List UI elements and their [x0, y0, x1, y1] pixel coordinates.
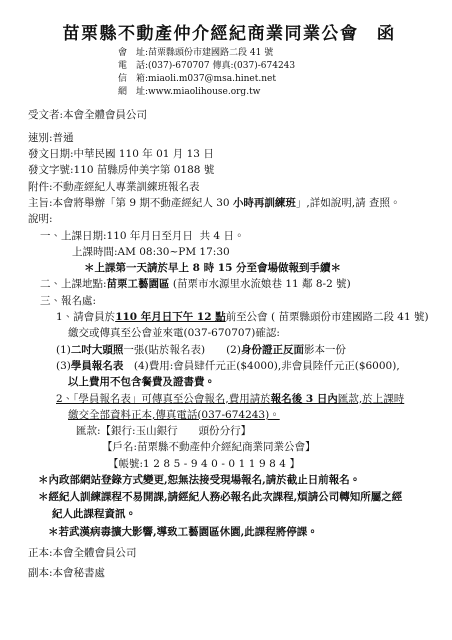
subject-line: 主旨:本會將舉辦「第 9 期不動產經紀人 30 小時再訓練班」,詳如說明,請 查… [28, 195, 430, 211]
subject-text-pre: 主旨:本會將舉辦「第 9 期不動產經紀人 30 [28, 197, 233, 209]
req2-rest: 影本一份 [304, 344, 346, 356]
registration-method-1-line2: 繳交或傳真至公會並來電(037-670707)確認: [28, 325, 430, 341]
subject-course-name: 小時再訓練班 [233, 197, 296, 209]
reg1-deadline: 110 年月日下午 12 點 [115, 311, 226, 323]
checkin-notice-line: ＊上課第一天請於早上 8 時 15 分至會場做報到手續＊ [28, 260, 430, 276]
reg2-line2-underlined: 繳交全部資料正本,傳真電話(037-674243)。 [68, 409, 280, 421]
requirements-line-2: (3)學員報名表 (4)費用:會員肆仟元正($4000),非會員陸仟元正($60… [28, 358, 430, 374]
class-time-line: 上課時間:AM 08:30~PM 17:30 [28, 244, 430, 260]
req3-form: 學員報名表 [71, 360, 124, 372]
account-number-close: 】 [290, 458, 301, 470]
req2-number: (2) [226, 344, 241, 356]
req1-photo: 二吋大頭照 [71, 344, 124, 356]
req1-rest: 一張(貼於報名表) [123, 344, 226, 356]
official-letter-document: 苗栗縣不動產仲介經紀商業同業公會 函 會 址:苗栗縣頭份市建國路二段 41 號 … [0, 0, 452, 640]
document-title: 苗栗縣不動產仲介經紀商業同業公會 函 [28, 26, 430, 42]
req1-number: (1) [56, 344, 71, 356]
association-contact-block: 會 址:苗栗縣頭份市建國路二段 41 號 電 話:(037)-670707 傳真… [28, 47, 430, 98]
remittance-account-name-line: 【戶名:苗栗縣不動產仲介經紀商業同業公會】 [28, 439, 430, 455]
note-course-availability-line1: ＊經紀人訓練課程不易開課,請經紀人務必報名此次課程,煩請公司轉知所屬之經 [28, 489, 430, 506]
location-label: 二、上課地點: [40, 278, 107, 290]
req3-gap [123, 360, 134, 372]
account-number-label: 【帳號: [108, 458, 143, 470]
attachment-line: 附件:不動產經紀人專業訓練班報名表 [28, 179, 430, 195]
remittance-account-number-line: 【帳號:1285-940-011984】 [28, 456, 430, 472]
subject-text-post: 」,詳如說明,請 查照。 [296, 197, 401, 209]
contact-website: 網 址:www.miaolihouse.org.tw [118, 86, 430, 99]
req3-number: (3) [56, 360, 71, 372]
note-course-availability-line2: 紀人此課程資訊。 [28, 506, 430, 523]
account-number-value: 1285-940-011984 [143, 458, 289, 470]
req4-fee: (4)費用:會員肆仟元正($4000),非會員陸仟元正($6000), [134, 360, 400, 372]
location-address: (苗栗市水源里水流娘巷 11 鄰 8-2 號) [170, 278, 351, 290]
registration-method-1-line1: 1、請會員於110 年月日下午 12 點前至公會 ( 苗栗縣頭份市建國路二段 4… [28, 309, 430, 325]
registration-method-2-line2: 繳交全部資料正本,傳真電話(037-674243)。 [28, 407, 430, 423]
requirements-line-1: (1)二吋大頭照一張(貼於報名表) (2)身份證正反面影本一份 [28, 342, 430, 358]
reg2-text-post: 匯款,於上課時 [338, 393, 404, 405]
issue-date-line: 發文日期:中華民國 110 年 01 月 13 日 [28, 146, 430, 162]
reg2-payment-deadline: 報名後 3 日內 [271, 393, 338, 405]
registration-section-label: 三、報名處: [28, 293, 430, 309]
registration-method-2-line1: 2、「學員報名表」可傳真至公會報名,費用請於報名後 3 日內匯款,於上課時 [28, 391, 430, 407]
reg1-text-pre: 1、請會員於 [56, 311, 115, 323]
fee-exclusion-note: 以上費用不包含餐費及證書費。 [28, 374, 430, 390]
contact-email: 信 箱:miaoli.m037@msa.hinet.net [118, 73, 430, 86]
doc-number-line: 發文字號:110 苗縣房仲美字第 0188 號 [28, 162, 430, 178]
note-pandemic-cancellation: ＊若武漢病毒擴大影響,導致工藝園區休園,此課程將停課。 [28, 524, 430, 541]
reg2-text-pre: 2、「學員報名表」可傳真至公會報名,費用請於 [56, 393, 271, 405]
copy-recipient-line: 副本:本會秘書處 [28, 565, 430, 581]
contact-phone-fax: 電 話:(037)-670707 傳真:(037)-674243 [118, 60, 430, 73]
note-online-registration: ＊內政部網站登錄方式變更,恕無法接受現場報名,請於截止日前報名。 [28, 472, 430, 489]
remittance-bank-line: 匯款:【銀行:玉山銀行 頭份分行】 [28, 423, 430, 439]
delivery-speed-line: 速別:普通 [28, 130, 430, 146]
contact-address: 會 址:苗栗縣頭份市建國路二段 41 號 [118, 47, 430, 60]
reg1-text-post: 前至公會 ( 苗栗縣頭份市建國路二段 41 號) [226, 311, 429, 323]
recipient-line: 受文者:本會全體會員公司 [28, 107, 430, 123]
class-location-line: 二、上課地點:苗栗工藝園區 (苗栗市水源里水流娘巷 11 鄰 8-2 號) [28, 276, 430, 292]
class-date-line: 一、上課日期:110 年月日至月日 共 4 日。 [28, 228, 430, 244]
explanation-label: 說明: [28, 211, 430, 227]
reg2-underlined-run: 2、「學員報名表」可傳真至公會報名,費用請於報名後 3 日內匯款,於上課時 [56, 393, 404, 405]
original-recipient-line: 正本:本會全體會員公司 [28, 545, 430, 561]
req2-id-card: 身份證正反面 [241, 344, 304, 356]
location-venue: 苗栗工藝園區 [107, 278, 170, 290]
